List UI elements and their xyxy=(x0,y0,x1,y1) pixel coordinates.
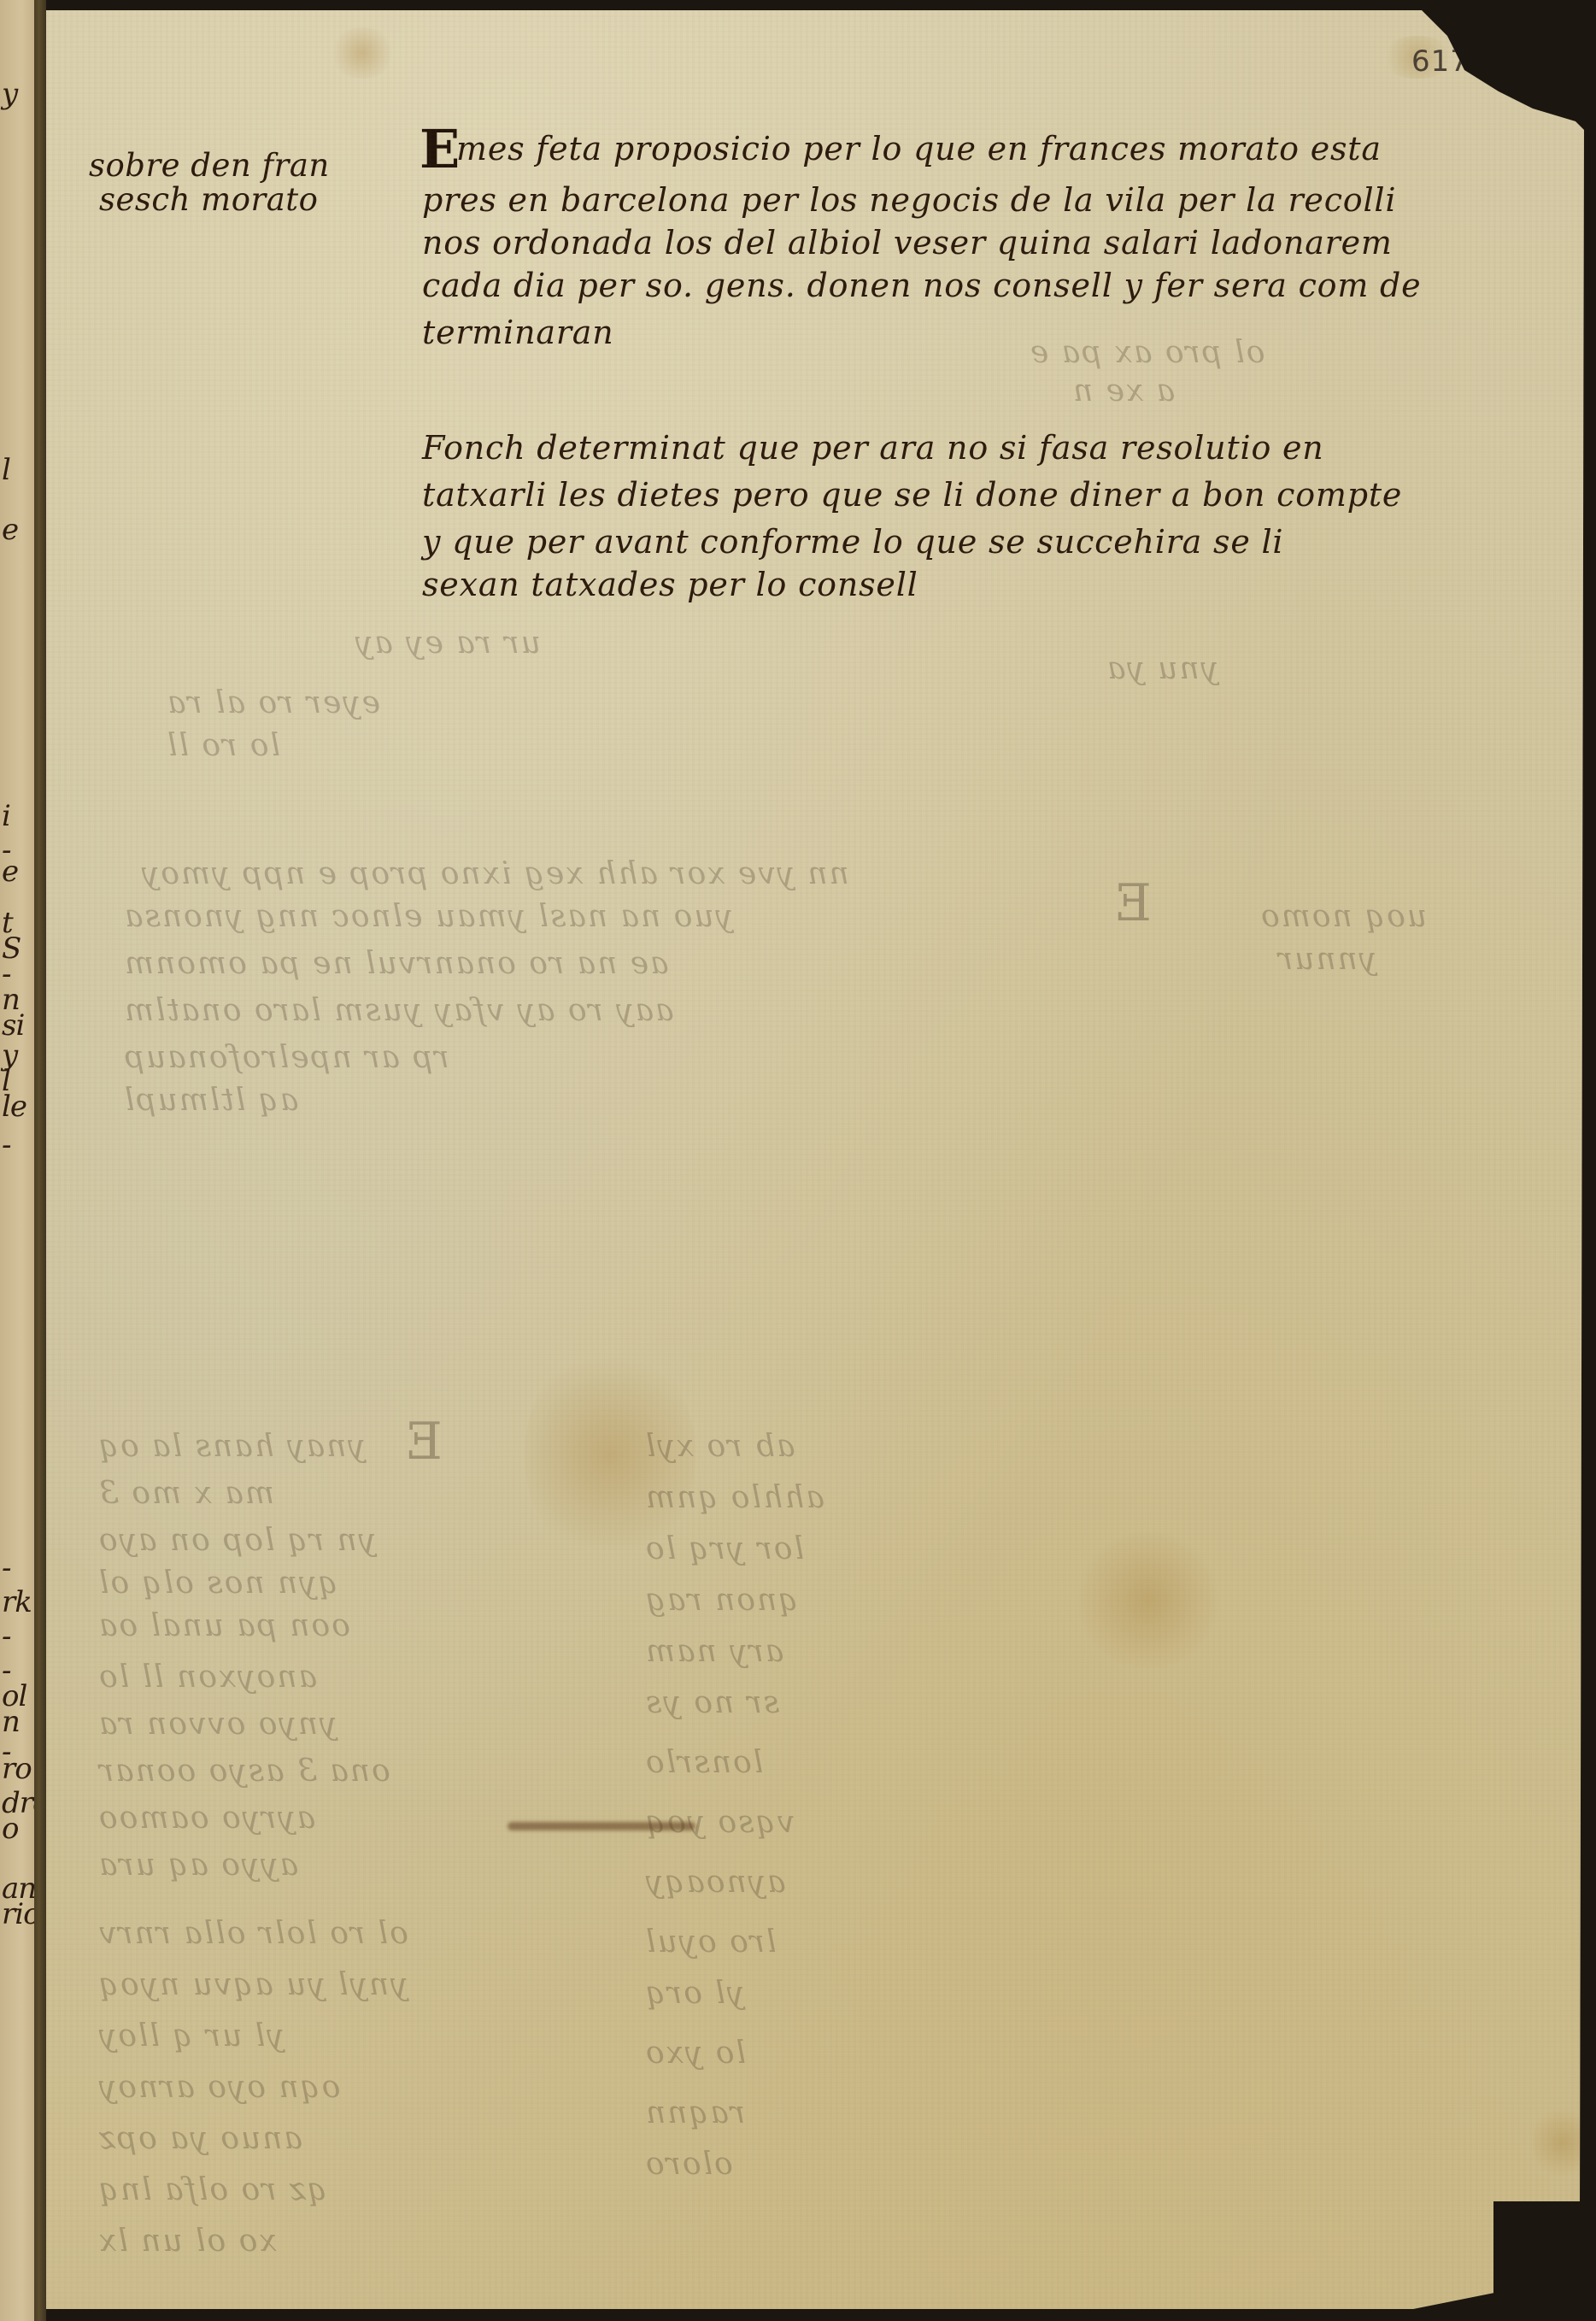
facing-fragment: e xyxy=(2,855,18,889)
entry-line: cada dia per so. gens. donen nos consell… xyxy=(422,267,1421,304)
decorated-initial: E xyxy=(420,118,460,180)
facing-fragment: - xyxy=(2,1551,11,1585)
facing-fragment: si xyxy=(2,1008,24,1043)
facing-fragment: n xyxy=(2,1705,20,1739)
paper-stain xyxy=(328,27,396,79)
entry-line: mes feta proposicio per lo que en france… xyxy=(456,130,1382,167)
entry-line: y que per avant conforme lo que se succe… xyxy=(422,523,1283,561)
margin-note-line: sesch morato xyxy=(99,181,318,218)
paper-stain xyxy=(1533,2104,1593,2181)
facing-fragment: l xyxy=(2,453,10,487)
folio-number: 617 xyxy=(1411,44,1470,79)
entry-line: terminaran xyxy=(422,314,614,351)
facing-fragment: rio xyxy=(2,1897,36,1931)
scan-background-corner xyxy=(1493,2201,1596,2321)
manuscript-scan: y l e i - e t S - n si y l le - - rk - -… xyxy=(0,0,1596,2321)
facing-fragment: o xyxy=(2,1812,18,1846)
facing-fragment: rk xyxy=(2,1585,32,1619)
facing-fragment: - xyxy=(2,1619,11,1654)
margin-note-line: sobre den fran xyxy=(89,147,330,184)
facing-fragment: ro xyxy=(2,1752,32,1786)
entry-line: sexan tatxades per lo consell xyxy=(422,566,918,603)
facing-fragment: y xyxy=(2,77,17,111)
facing-fragment: - xyxy=(2,1128,11,1162)
entry-line: pres en barcelona per los negocis de la … xyxy=(422,181,1396,219)
binding-gutter xyxy=(34,0,46,2321)
entry-line: tatxarli les dietes pero que se li done … xyxy=(422,476,1402,514)
ink-smudge xyxy=(508,1822,695,1830)
entry-line: nos ordonada los del albiol veser quina … xyxy=(422,224,1393,261)
folio-page: 617 sobre den fran sesch morato E mes fe… xyxy=(46,10,1584,2309)
facing-page-edge: y l e i - e t S - n si y l le - - rk - -… xyxy=(0,0,36,2321)
facing-fragment: e xyxy=(2,513,18,547)
entry-line: Fonch determinat que per ara no si fasa … xyxy=(422,429,1324,467)
facing-fragment: le xyxy=(2,1090,26,1124)
paper-stain xyxy=(1071,1531,1225,1668)
facing-fragment: i xyxy=(2,799,10,833)
